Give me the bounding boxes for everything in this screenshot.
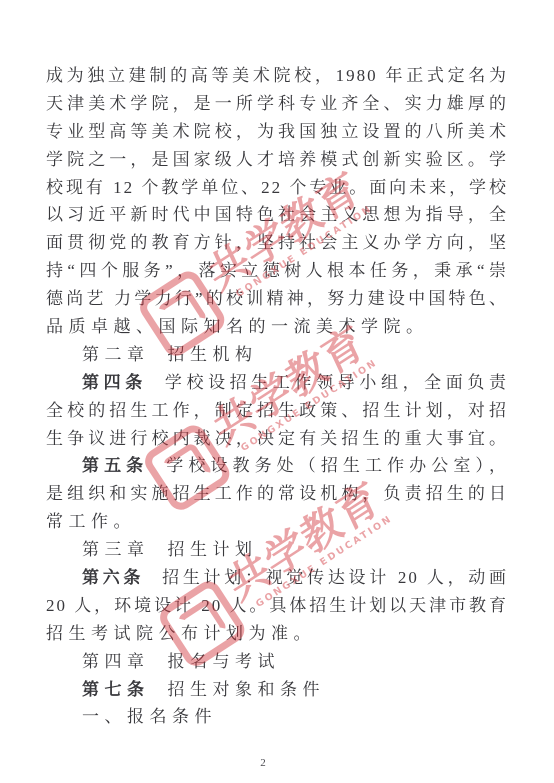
line-text: 成为独立建制的高等美术院校，1980 年正式定名为 xyxy=(46,66,508,85)
line-text: 招生计划：视觉传达设计 20 人，动画 xyxy=(162,568,508,587)
line-text: 学校设教务处（招生工作办公室）， xyxy=(166,456,508,475)
line-text: 常工作。 xyxy=(46,512,136,531)
text-line: 成为独立建制的高等美术院校，1980 年正式定名为 xyxy=(46,62,508,90)
text-line: 是组织和实施招生工作的常设机构，负责招生的日 xyxy=(46,480,508,508)
line-text: 报名与考试 xyxy=(168,652,281,671)
line-text: 品质卓越、国际知名的一流美术学院。 xyxy=(46,317,429,336)
section-label: 第四章 xyxy=(82,652,150,671)
section-label: 第四条 xyxy=(82,373,147,392)
page-number: 2 xyxy=(0,757,526,769)
line-text: 持“四个服务”，落实立德树人根本任务，秉承“崇 xyxy=(46,261,508,280)
text-line: 专业型高等美术院校，为我国独立设置的八所美术 xyxy=(46,118,508,146)
section-label: 第六条 xyxy=(82,568,144,587)
line-text: 专业型高等美术院校，为我国独立设置的八所美术 xyxy=(46,122,508,141)
text-line: 20 人，环境设计 20 人。具体招生计划以天津市教育 xyxy=(46,592,508,620)
section-label: 第五条 xyxy=(82,456,148,475)
line-text: 一、报名条件 xyxy=(82,707,217,726)
line-text: 生争议进行校内裁决，决定有关招生的重大事宜。 xyxy=(46,429,508,448)
line-text: 招生机构 xyxy=(168,345,258,364)
text-line: 第四条学校设招生工作领导小组，全面负责 xyxy=(46,369,508,397)
text-line: 生争议进行校内裁决，决定有关招生的重大事宜。 xyxy=(46,425,508,453)
line-text: 招生考试院公布计划为准。 xyxy=(46,624,316,643)
text-line: 以习近平新时代中国特色社会主义思想为指导，全 xyxy=(46,201,508,229)
text-line: 第三章招生计划 xyxy=(46,536,508,564)
text-line: 德尚艺 力学力行”的校训精神，努力建设中国特色、 xyxy=(46,285,508,313)
line-text: 学校设招生工作领导小组，全面负责 xyxy=(165,373,508,392)
line-text: 德尚艺 力学力行”的校训精神，努力建设中国特色、 xyxy=(46,289,508,308)
text-line: 面贯彻党的教育方针，坚持社会主义办学方向，坚 xyxy=(46,229,508,257)
text-line: 第四章报名与考试 xyxy=(46,648,508,676)
line-text: 招生对象和条件 xyxy=(168,680,326,699)
text-line: 品质卓越、国际知名的一流美术学院。 xyxy=(46,313,508,341)
text-line: 持“四个服务”，落实立德树人根本任务，秉承“崇 xyxy=(46,257,508,285)
line-text: 是组织和实施招生工作的常设机构，负责招生的日 xyxy=(46,484,508,503)
line-text: 面贯彻党的教育方针，坚持社会主义办学方向，坚 xyxy=(46,233,508,252)
line-text: 全校的招生工作，制定招生政策、招生计划，对招 xyxy=(46,401,508,420)
line-text: 以习近平新时代中国特色社会主义思想为指导，全 xyxy=(46,205,508,224)
section-label: 第三章 xyxy=(82,540,150,559)
text-line: 全校的招生工作，制定招生政策、招生计划，对招 xyxy=(46,397,508,425)
text-line: 第五条学校设教务处（招生工作办公室）， xyxy=(46,452,508,480)
document-page: 成为独立建制的高等美术院校，1980 年正式定名为天津美术学院，是一所学科专业齐… xyxy=(0,0,554,783)
document-body: 成为独立建制的高等美术院校，1980 年正式定名为天津美术学院，是一所学科专业齐… xyxy=(46,62,508,731)
text-line: 第七条招生对象和条件 xyxy=(46,676,508,704)
text-line: 学院之一，是国家级人才培养模式创新实验区。学 xyxy=(46,146,508,174)
section-label: 第二章 xyxy=(82,345,150,364)
section-label: 第七条 xyxy=(82,680,150,699)
line-text: 20 人，环境设计 20 人。具体招生计划以天津市教育 xyxy=(46,596,508,615)
text-line: 校现有 12 个教学单位、22 个专业。面向未来，学校 xyxy=(46,174,508,202)
line-text: 校现有 12 个教学单位、22 个专业。面向未来，学校 xyxy=(46,178,508,197)
line-text: 学院之一，是国家级人才培养模式创新实验区。学 xyxy=(46,150,508,169)
text-line: 一、报名条件 xyxy=(46,703,508,731)
text-line: 第六条招生计划：视觉传达设计 20 人，动画 xyxy=(46,564,508,592)
line-text: 天津美术学院，是一所学科专业齐全、实力雄厚的 xyxy=(46,94,508,113)
text-line: 天津美术学院，是一所学科专业齐全、实力雄厚的 xyxy=(46,90,508,118)
text-line: 第二章招生机构 xyxy=(46,341,508,369)
line-text: 招生计划 xyxy=(168,540,258,559)
text-line: 常工作。 xyxy=(46,508,508,536)
text-line: 招生考试院公布计划为准。 xyxy=(46,620,508,648)
